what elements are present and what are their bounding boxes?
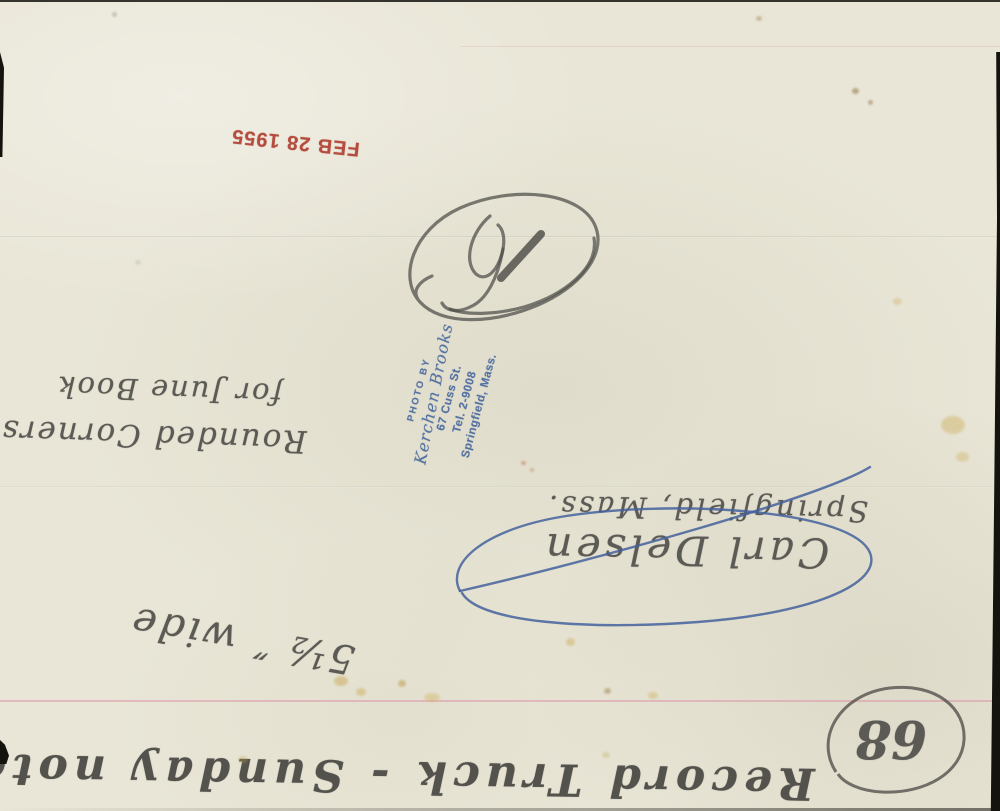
stain	[956, 452, 969, 462]
stain	[424, 693, 440, 702]
stain	[334, 676, 348, 686]
stain	[530, 468, 534, 472]
photographer-stamp: PHOTO BY Kerchen Brooks 67 Cuss St. Tel.…	[368, 322, 533, 474]
caption-note: Record Truck - Sunday note	[24, 699, 816, 809]
stain	[602, 752, 610, 758]
blue-ink-ellipse	[440, 455, 895, 635]
circled-number: 68	[846, 700, 936, 776]
stain	[852, 88, 859, 94]
stain	[868, 100, 873, 105]
stain	[521, 461, 526, 465]
stain	[604, 688, 611, 694]
stain	[238, 756, 248, 763]
stain	[566, 638, 575, 646]
stain	[941, 416, 965, 434]
pencil-note-left: Rounded Corners for June Book	[6, 329, 310, 465]
scan-edge-top	[0, 0, 1000, 2]
stain	[648, 692, 658, 699]
stain	[135, 260, 141, 265]
pencil-monogram-scribble	[398, 182, 613, 330]
stain	[356, 688, 366, 696]
stain	[398, 680, 406, 687]
stain	[756, 16, 762, 21]
stain	[112, 12, 117, 17]
photographer-stamp-text: PHOTO BY Kerchen Brooks 67 Cuss St. Tel.…	[395, 319, 506, 477]
photo-back-scan: FEB 28 1955 PHOTO BY Kerchen Brooks 67 C…	[0, 0, 1000, 811]
stain	[893, 298, 902, 305]
